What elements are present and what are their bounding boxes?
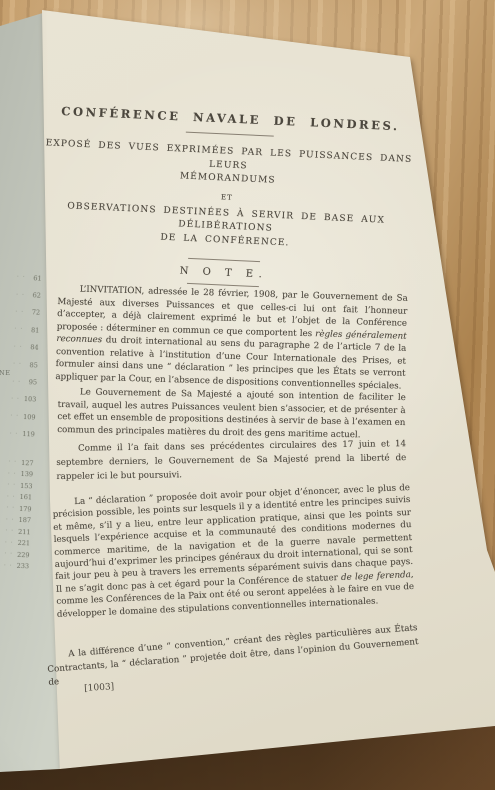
text-segment: Comme il l’a fait dans ses précédentes c… (56, 439, 406, 482)
signature-mark: [1003] (84, 682, 114, 694)
text-segment: Le Gouvernement de Sa Majesté a ajouté s… (57, 387, 406, 439)
title-rule-divider (186, 132, 274, 137)
photo-of-book-page: NE 61627281848595103109119 1271391531611… (0, 0, 495, 790)
italic-text-segment: de lege ferenda (341, 570, 411, 583)
front-matter: CONFÉRENCE NAVALE DE LONDRES. EXPOSÉ DES… (32, 103, 421, 294)
text-segment: du droit international au sens du paragr… (55, 335, 406, 391)
paragraph-circulaires: Comme il l’a fait dans ses précédentes c… (56, 437, 407, 484)
paragraph-declaration: La “ déclaration ” proposée doit avoir p… (52, 482, 415, 621)
paragraph-gouvernement: Le Gouvernement de Sa Majesté a ajouté s… (57, 386, 406, 442)
note-rule-top (188, 258, 260, 262)
paragraph-invitation: L’INVITATION, adressée le 28 février, 19… (55, 283, 408, 393)
